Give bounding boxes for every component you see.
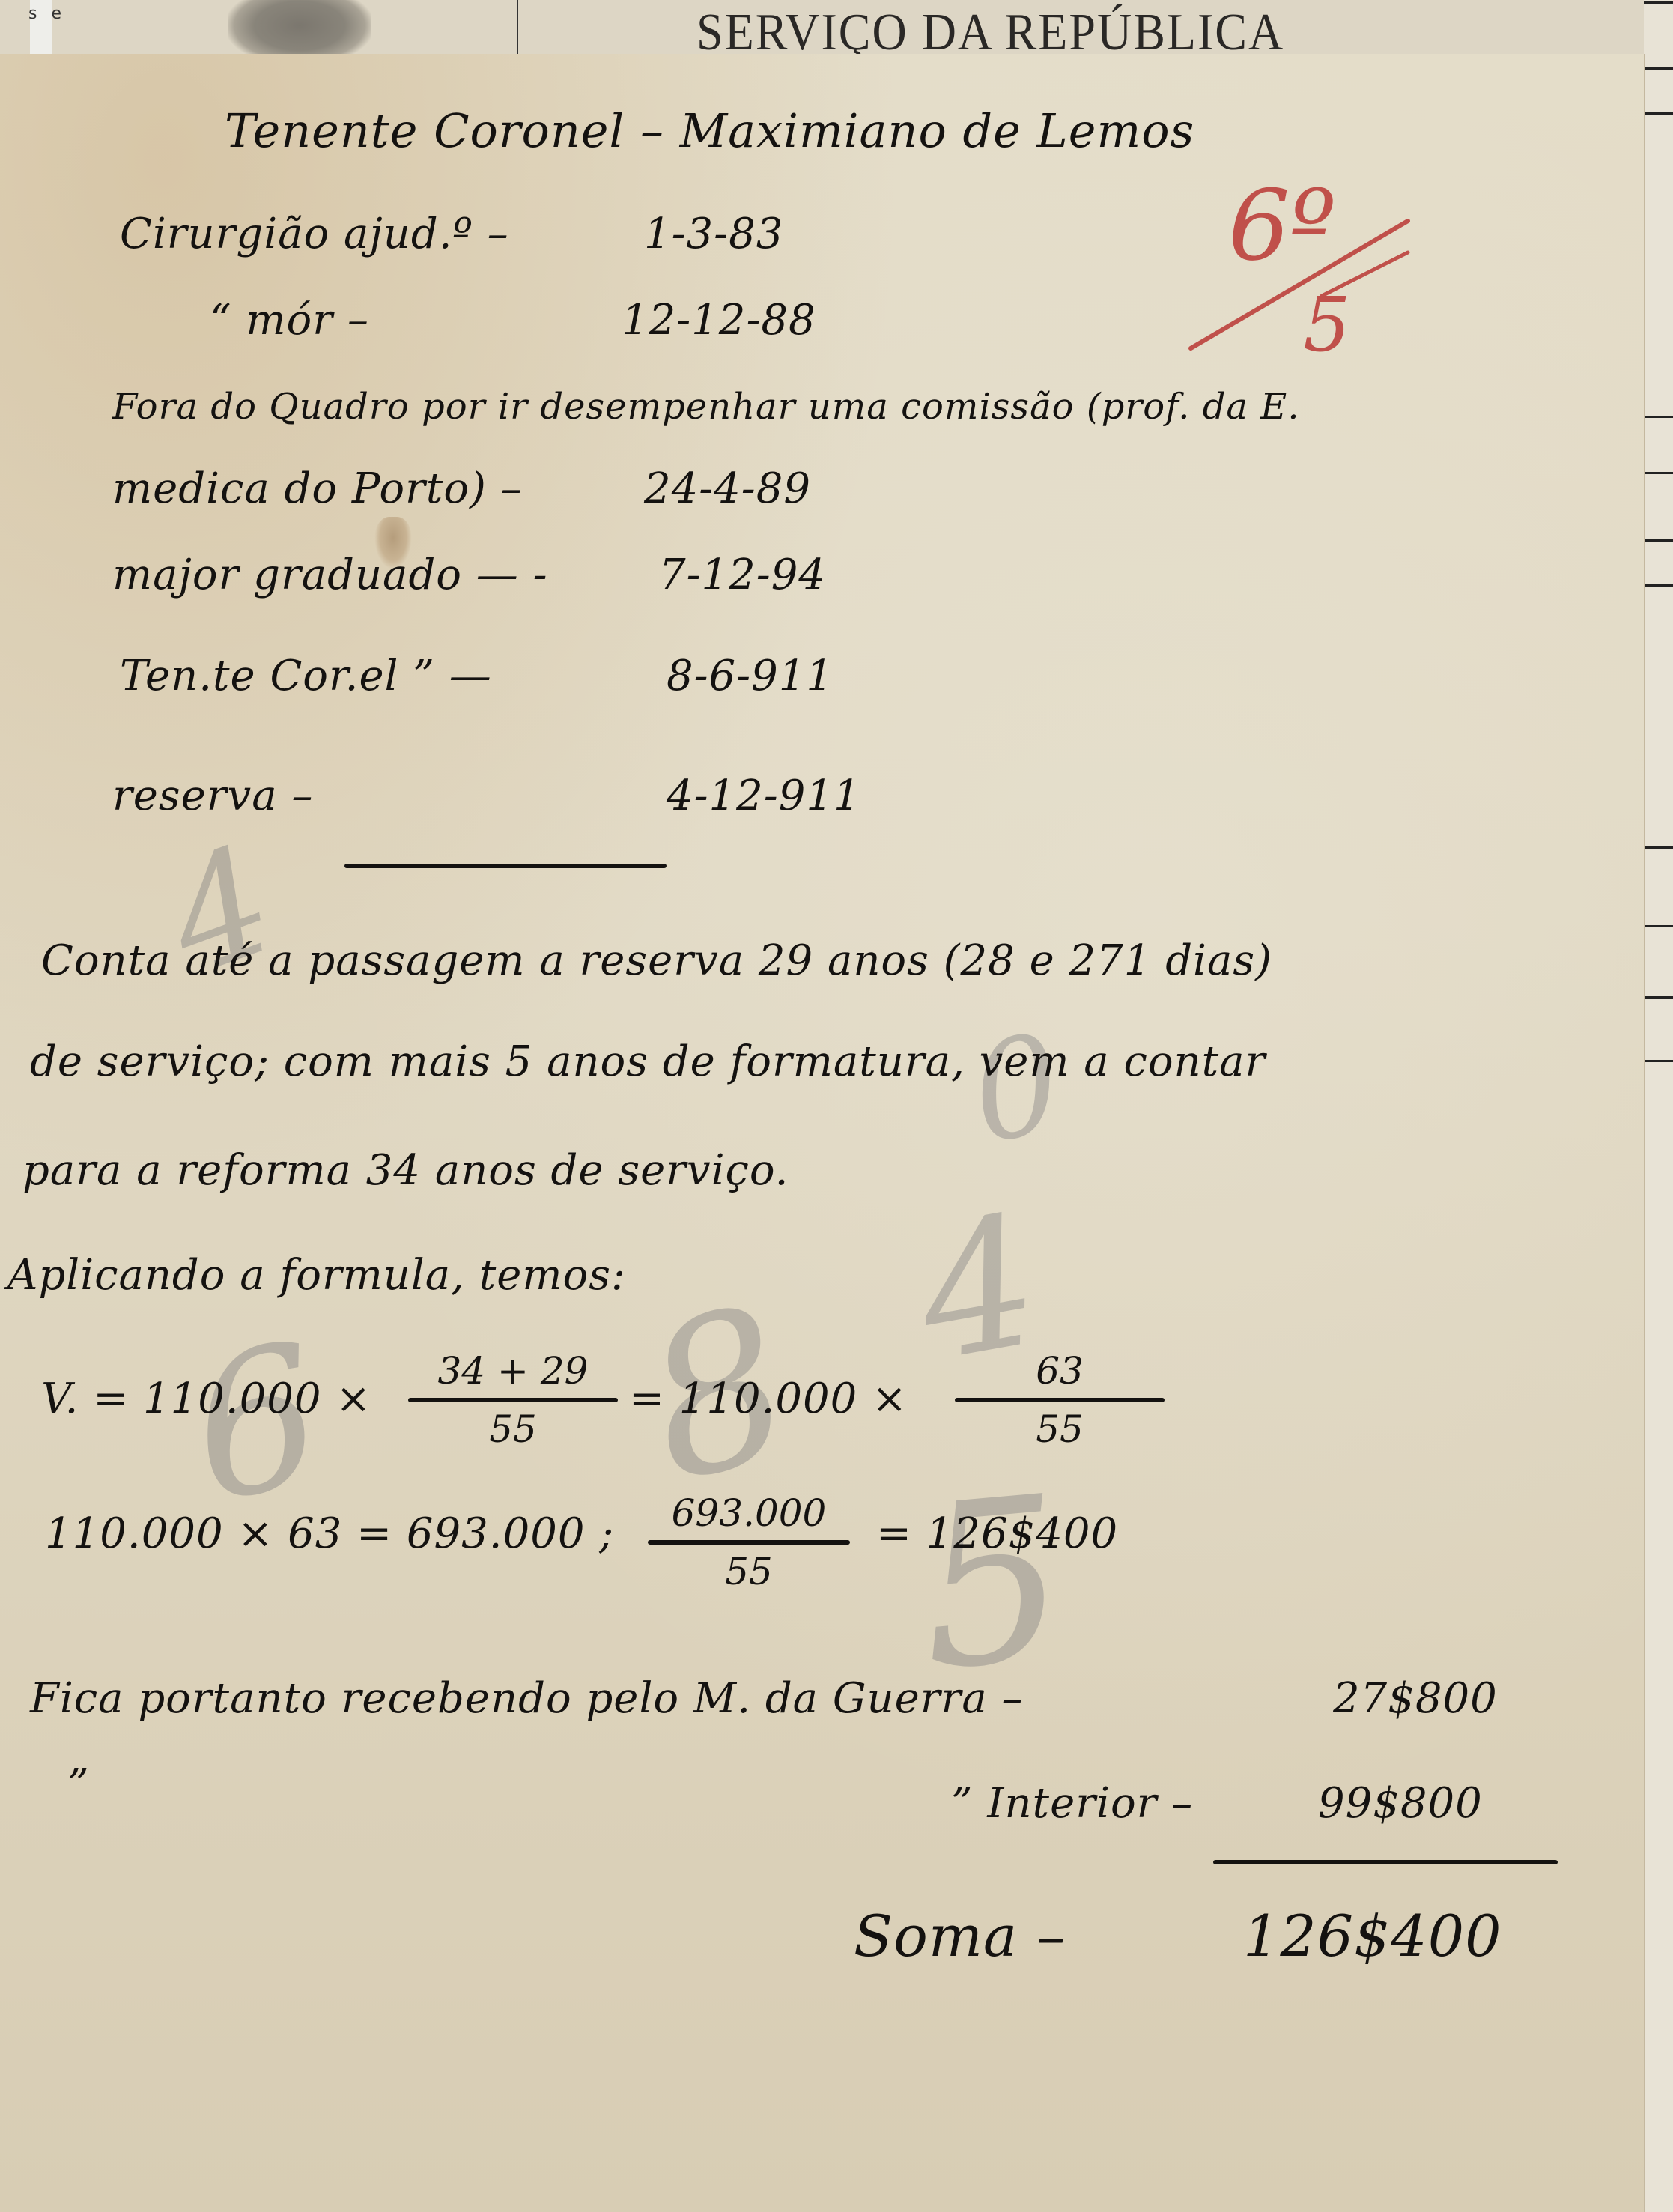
entry-date: 1-3-83 bbox=[644, 210, 783, 258]
fraction-bar bbox=[408, 1398, 618, 1402]
handwritten-sheet bbox=[0, 54, 1645, 2212]
tab-letters: s e bbox=[28, 4, 66, 23]
entry-label: Fora do Quadro por ir desempenhar uma co… bbox=[112, 386, 1300, 428]
fraction-numerator: 693.000 bbox=[672, 1491, 827, 1536]
entry-label: major graduado — - bbox=[112, 551, 548, 599]
paragraph-line: de serviço; com mais 5 anos de formatura… bbox=[30, 1037, 1266, 1086]
paragraph-line: Conta até a passagem a reserva 29 anos (… bbox=[41, 936, 1272, 985]
red-annotation: 6º 5 bbox=[1183, 161, 1423, 371]
fraction: 34 + 29 55 bbox=[404, 1348, 622, 1452]
entry-label: Cirurgião ajud.º – bbox=[120, 210, 509, 258]
edge-rule bbox=[1644, 846, 1673, 849]
total-line-label: Fica portanto recebendo pelo M. da Guerr… bbox=[30, 1674, 1024, 1723]
edge-rule bbox=[1644, 472, 1673, 474]
sum-rule bbox=[1213, 1860, 1558, 1864]
edge-rule bbox=[1644, 925, 1673, 927]
fraction-bar bbox=[648, 1540, 850, 1545]
sum-label: Soma – bbox=[854, 1903, 1066, 1969]
total-line-value: 99$800 bbox=[1318, 1779, 1483, 1828]
edge-rule bbox=[1644, 67, 1673, 70]
sum-value: 126$400 bbox=[1243, 1903, 1502, 1969]
edge-rule bbox=[1644, 416, 1673, 418]
edge-rule bbox=[1644, 584, 1673, 587]
entry-date: 8-6-911 bbox=[667, 652, 834, 700]
edge-rule bbox=[1644, 539, 1673, 542]
header-divider bbox=[517, 0, 518, 60]
record-heading: Tenente Coronel – Maximiano de Lemos bbox=[225, 103, 1194, 158]
fraction-bar bbox=[955, 1398, 1165, 1402]
entry-label: reserva – bbox=[112, 772, 313, 820]
entry-label: medica do Porto) – bbox=[112, 464, 523, 513]
fraction-denominator: 55 bbox=[1036, 1407, 1084, 1452]
edge-rule bbox=[1644, 1, 1673, 4]
entry-label: Ten.te Cor.el ” — bbox=[120, 652, 492, 700]
entry-date: 12-12-88 bbox=[622, 296, 816, 345]
total-line-value: 27$800 bbox=[1333, 1674, 1498, 1723]
edge-rule bbox=[1644, 112, 1673, 115]
red-numerator: 6º bbox=[1228, 169, 1336, 282]
fraction-numerator: 63 bbox=[1036, 1348, 1084, 1393]
entry-date: 4-12-911 bbox=[667, 772, 861, 820]
formula-intro: Aplicando a formula, temos: bbox=[7, 1251, 626, 1300]
fraction: 63 55 bbox=[951, 1348, 1168, 1452]
edge-rule bbox=[1644, 1060, 1673, 1062]
formula-lhs: 110.000 × 63 = 693.000 ; bbox=[45, 1509, 614, 1558]
entry-label: “ mór – bbox=[210, 296, 369, 345]
fraction-numerator: 34 + 29 bbox=[438, 1348, 589, 1393]
formula-result: = 126$400 bbox=[876, 1509, 1118, 1558]
fraction-denominator: 55 bbox=[489, 1407, 537, 1452]
paragraph-line: para a reforma 34 anos de serviço. bbox=[22, 1146, 789, 1195]
fraction: 693.000 55 bbox=[644, 1491, 854, 1594]
formula-lhs: V. = 110.000 × bbox=[41, 1375, 371, 1423]
section-divider bbox=[344, 864, 667, 868]
total-line-label: ” Interior – bbox=[951, 1779, 1193, 1828]
edge-rule bbox=[1644, 996, 1673, 999]
underlying-pages-edge bbox=[1644, 0, 1673, 2212]
entry-date: 24-4-89 bbox=[644, 464, 811, 513]
ditto-mark: ” bbox=[67, 1760, 90, 1809]
fraction-denominator: 55 bbox=[725, 1549, 773, 1594]
red-denominator: 5 bbox=[1303, 281, 1351, 369]
entry-date: 7-12-94 bbox=[659, 551, 826, 599]
formula-mid: = 110.000 × bbox=[629, 1375, 908, 1423]
